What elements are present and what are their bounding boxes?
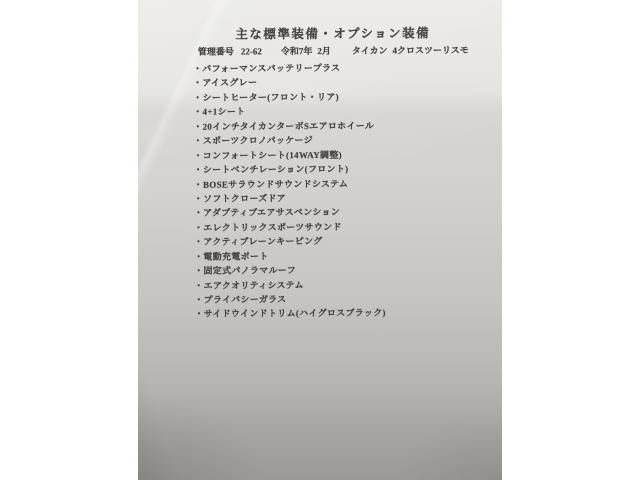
equipment-list: ・パフォーマンスバッテリープラス・アイスグレー・シートヒーター(フロント・リア)… — [193, 61, 386, 322]
list-item: ・シートベンチレーション(フロント) — [194, 162, 385, 178]
management-number-label: 管理番号 — [198, 45, 234, 58]
list-item: ・パフォーマンスバッテリープラス — [193, 61, 384, 77]
list-item: ・サイドウインドトリム(ハイグロスブラック) — [194, 306, 385, 322]
document-photo: 主な標準装備・オプション装備 管理番号 22-62 令和7年 2月 タイカン 4… — [138, 0, 502, 480]
list-item: ・20インチタイカンターボSエアロホイール — [193, 118, 384, 134]
document-header: 管理番号 22-62 令和7年 2月 タイカン 4クロスツーリスモ — [198, 43, 469, 58]
vehicle-model: タイカン — [352, 44, 388, 57]
list-item: ・プライバシーガラス — [194, 292, 385, 308]
list-item: ・固定式パノラマルーフ — [194, 263, 385, 279]
registration-month: 2月 — [317, 44, 331, 57]
vehicle-grade: 4クロスツーリスモ — [392, 43, 468, 56]
list-item: ・アイスグレー — [193, 75, 384, 91]
list-item: ・エアクオリティシステム — [194, 277, 385, 293]
screenshot-background: 主な標準装備・オプション装備 管理番号 22-62 令和7年 2月 タイカン 4… — [0, 0, 640, 480]
list-item: ・アダプティブエアサスペンション — [194, 205, 385, 221]
list-item: ・シートヒーター(フロント・リア) — [193, 89, 384, 105]
registration-year: 令和7年 — [281, 44, 313, 57]
list-item: ・エレクトリックスポーツサウンド — [194, 219, 385, 235]
list-item: ・4+1シート — [193, 104, 384, 120]
list-item: ・電動充電ポート — [194, 248, 385, 264]
document-title: 主な標準装備・オプション装備 — [151, 23, 515, 43]
document-content: 主な標準装備・オプション装備 管理番号 22-62 令和7年 2月 タイカン 4… — [137, 0, 504, 480]
list-item: ・BOSEサラウンドサウンドシステム — [194, 176, 385, 192]
management-number-value: 22-62 — [241, 46, 262, 56]
list-item: ・アクティブレーンキーピング — [194, 234, 385, 250]
list-item: ・コンフォートシート(14WAY調整) — [193, 147, 384, 163]
list-item: ・ソフトクローズドア — [194, 191, 385, 207]
list-item: ・スポーツクロノパッケージ — [193, 133, 384, 149]
